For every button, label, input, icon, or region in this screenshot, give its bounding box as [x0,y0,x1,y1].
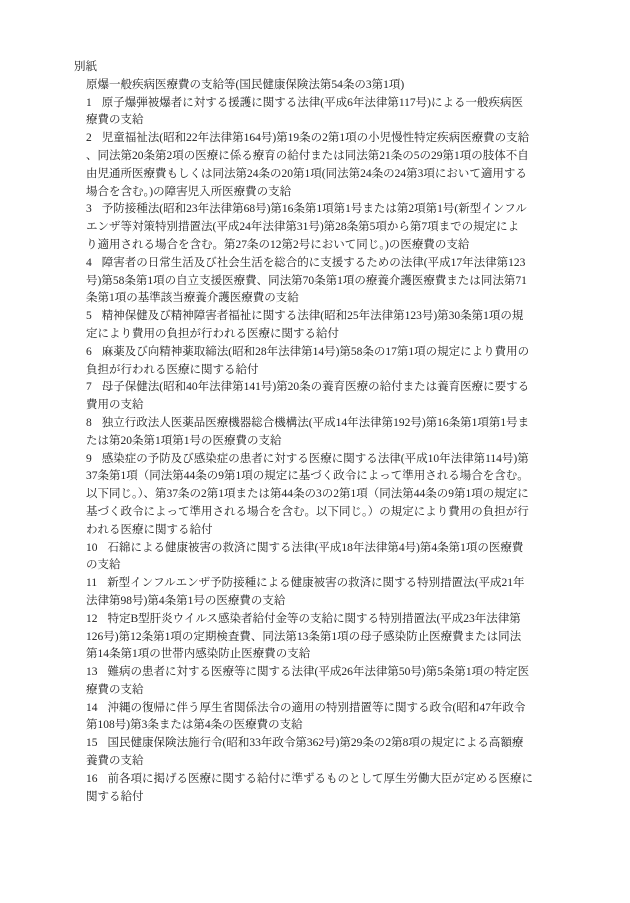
item-text: 原子爆弾被爆者に対する援護に関する法律(平成6年法律第117号)による一般疾病医… [86,97,523,127]
item-number: 3 [86,203,92,215]
item-number: 5 [86,310,92,322]
item-text: 母子保健法(昭和40年法律第141号)第20条の養育医療の給付または養育医療に要… [86,381,529,411]
list-item: 9感染症の予防及び感染症の患者に対する医療に関する法律(平成10年法律第114号… [86,451,582,540]
item-number: 15 [86,737,98,749]
item-text: 新型インフルエンザ予防接種による健康被害の救済に関する特別措置法(平成21年 法… [86,577,524,607]
item-number: 4 [86,257,92,269]
list-item: 11新型インフルエンザ予防接種による健康被害の救済に関する特別措置法(平成21年… [86,575,582,611]
list-item: 4障害者の日常生活及び社会生活を総合的に支援するための法律(平成17年法律第12… [86,255,582,308]
item-number: 16 [86,773,98,785]
item-number: 8 [86,417,92,429]
item-text: 特定B型肝炎ウイルス感染者給付金等の支給に関する特別措置法(平成23年法律第 1… [86,613,521,661]
list-item: 8独立行政法人医薬品医療機器総合機構法(平成14年法律第192号)第16条第1項… [86,415,582,451]
item-number: 10 [86,542,98,554]
list-item: 13難病の患者に対する医療等に関する法律(平成26年法律第50号)第5条第1項の… [86,664,582,700]
list-item: 10石綿による健康被害の救済に関する法律(平成18年法律第4号)第4条第1項の医… [86,540,582,576]
item-text: 石綿による健康被害の救済に関する法律(平成18年法律第4号)第4条第1項の医療費… [86,542,523,572]
list-item: 16前各項に掲げる医療に関する給付に準ずるものとして厚生労働大臣が定める医療に … [86,771,582,807]
item-text: 精神保健及び精神障害者福祉に関する法律(昭和25年法律第123号)第30条第1項… [86,310,523,340]
item-number: 6 [86,346,92,358]
item-text: 障害者の日常生活及び社会生活を総合的に支援するための法律(平成17年法律第123… [86,257,527,305]
item-number: 11 [86,577,97,589]
list-item: 14沖縄の復帰に伴う厚生省関係法令の適用の特別措置等に関する政令(昭和47年政令… [86,700,582,736]
document-heading: 原爆一般疾病医療費の支給等(国民健康保険法第54条の3第1項) [86,77,582,95]
item-text: 難病の患者に対する医療等に関する法律(平成26年法律第50号)第5条第1項の特定… [86,666,529,696]
list-item: 7母子保健法(昭和40年法律第141号)第20条の養育医療の給付または養育医療に… [86,379,582,415]
item-text: 沖縄の復帰に伴う厚生省関係法令の適用の特別措置等に関する政令(昭和47年政令 第… [86,702,525,732]
list-item: 3予防接種法(昭和23年法律第68号)第16条第1項第1号または第2項第1号(新… [86,201,582,254]
list-item: 15国民健康保険法施行令(昭和33年政令第362号)第29条の2第8項の規定によ… [86,735,582,771]
item-number: 2 [86,132,92,144]
document-page: 別紙 原爆一般疾病医療費の支給等(国民健康保険法第54条の3第1項) 1原子爆弾… [0,0,630,903]
item-number: 7 [86,381,92,393]
list-item: 2児童福祉法(昭和22年法律第164号)第19条の2第1項の小児慢性特定疾病医療… [86,130,582,201]
item-number: 12 [86,613,98,625]
list-item: 12特定B型肝炎ウイルス感染者給付金等の支給に関する特別措置法(平成23年法律第… [86,611,582,664]
list-item: 5精神保健及び精神障害者福祉に関する法律(昭和25年法律第123号)第30条第1… [86,308,582,344]
document-body: 原爆一般疾病医療費の支給等(国民健康保険法第54条の3第1項) 1原子爆弾被爆者… [86,77,582,807]
item-text: 予防接種法(昭和23年法律第68号)第16条第1項第1号または第2項第1号(新型… [86,203,527,251]
item-number: 14 [86,702,98,714]
item-text: 前各項に掲げる医療に関する給付に準ずるものとして厚生労働大臣が定める医療に 関す… [86,773,533,803]
list-item: 1原子爆弾被爆者に対する援護に関する法律(平成6年法律第117号)による一般疾病… [86,95,582,131]
item-text: 麻薬及び向精神薬取締法(昭和28年法律第14号)第58条の17第1項の規定により… [86,346,529,376]
item-text: 児童福祉法(昭和22年法律第164号)第19条の2第1項の小児慢性特定疾病医療費… [86,132,529,197]
list-item: 6麻薬及び向精神薬取締法(昭和28年法律第14号)第58条の17第1項の規定によ… [86,344,582,380]
item-number: 13 [86,666,98,678]
item-text: 独立行政法人医薬品医療機器総合機構法(平成14年法律第192号)第16条第1項第… [86,417,529,447]
item-text: 感染症の予防及び感染症の患者に対する医療に関する法律(平成10年法律第114号)… [86,453,529,536]
attachment-label: 別紙 [74,59,580,77]
item-number: 1 [86,97,92,109]
item-text: 国民健康保険法施行令(昭和33年政令第362号)第29条の2第8項の規定による高… [86,737,523,767]
item-number: 9 [86,453,92,465]
